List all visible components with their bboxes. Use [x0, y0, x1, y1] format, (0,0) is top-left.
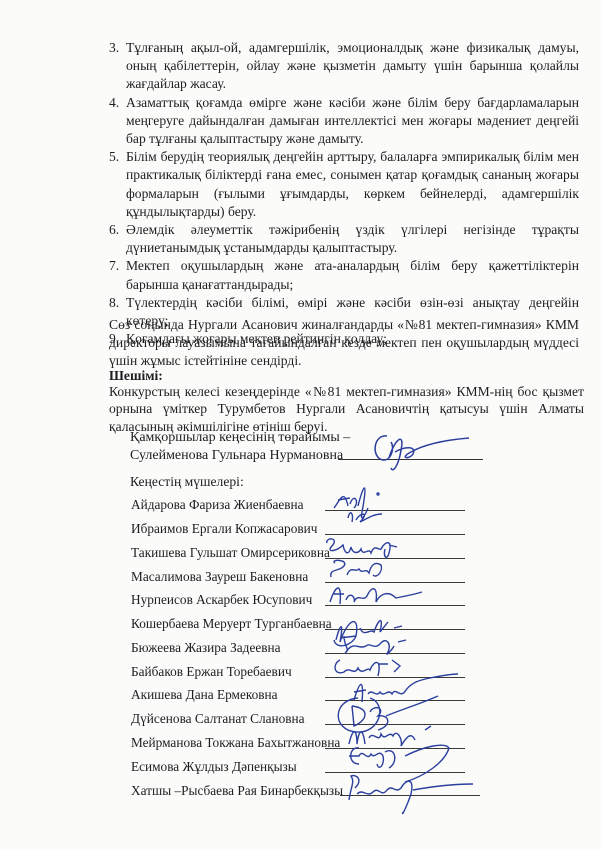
decision-text: Конкурстың келесі кезеңдерінде «№81 мект…: [109, 383, 584, 435]
chair-role: Қамқоршылар кеңесінің төрайымы –: [130, 429, 350, 447]
list-text: Білім берудің теориялық деңгейін арттыру…: [126, 148, 579, 221]
decision-heading: Шешімі:: [109, 368, 163, 384]
member-name: Бюжеева Жазира Задеевна: [131, 640, 281, 656]
chair-name: Сулейменова Гульнара Нурмановна: [130, 447, 350, 465]
member-name: Масалимова Зауреш Бакеновна: [131, 569, 308, 585]
signature-icon: [365, 428, 475, 483]
member-name: Такишева Гульшат Омирсериковна: [131, 545, 330, 561]
list-number: 5.: [109, 148, 119, 166]
list-number: 4.: [109, 94, 119, 112]
closing-paragraph: Сөз соңында Нургали Асанович жиналғандар…: [109, 316, 579, 371]
list-number: 6.: [109, 221, 119, 239]
members-heading: Кеңестің мүшелері:: [130, 474, 244, 490]
list-text: Әлемдік әлеуметтік тәжірибенің үздік үлг…: [126, 221, 579, 257]
list-number: 3.: [109, 39, 119, 57]
member-name: Есимова Жұлдыз Дәпенқызы: [131, 759, 297, 775]
member-name: Нурпеисов Аскарбек Юсупович: [131, 592, 312, 608]
list-text: Тұлғаның ақыл-ой, адамгершілік, эмоциона…: [126, 39, 579, 94]
chair-block: Қамқоршылар кеңесінің төрайымы – Сулейме…: [130, 429, 350, 465]
member-name: Ибраимов Ергали Копжасарович: [131, 521, 317, 537]
member-name: Дүйсенова Салтанат Слановна: [131, 711, 305, 727]
list-item: 7. Мектеп оқушылардың және ата-аналардың…: [109, 257, 579, 293]
list-number: 7.: [109, 257, 119, 275]
goals-list: 3. Тұлғаның ақыл-ой, адамгершілік, эмоци…: [109, 39, 579, 348]
list-item: 4. Азаматтық қоғамда өмірге және кәсіби …: [109, 94, 579, 149]
list-text: Азаматтық қоғамда өмірге және кәсіби жән…: [126, 94, 579, 149]
list-item: 3. Тұлғаның ақыл-ой, адамгершілік, эмоци…: [109, 39, 579, 94]
member-name: Хатшы –Рысбаева Рая Бинарбекқызы: [131, 783, 343, 799]
scanned-document-page: 3. Тұлғаның ақыл-ой, адамгершілік, эмоци…: [0, 0, 601, 850]
member-name: Мейрманова Токжана Бахытжановна: [131, 735, 340, 751]
signature-icon: [345, 772, 475, 827]
member-name: Кошербаева Меруерт Турганбаевна: [131, 616, 332, 632]
member-name: Байбаков Ержан Торебаевич: [131, 664, 292, 680]
list-item: 6. Әлемдік әлеуметтік тәжірибенің үздік …: [109, 221, 579, 257]
signature-icon: [330, 478, 410, 543]
list-item: 5. Білім берудің теориялық деңгейін артт…: [109, 148, 579, 221]
list-text: Мектеп оқушылардың және ата-аналардың бі…: [126, 257, 579, 293]
list-number: 8.: [109, 294, 119, 312]
member-name: Айдарова Фариза Жиенбаевна: [131, 497, 304, 513]
member-name: Акишева Дана Ермековна: [131, 687, 278, 703]
